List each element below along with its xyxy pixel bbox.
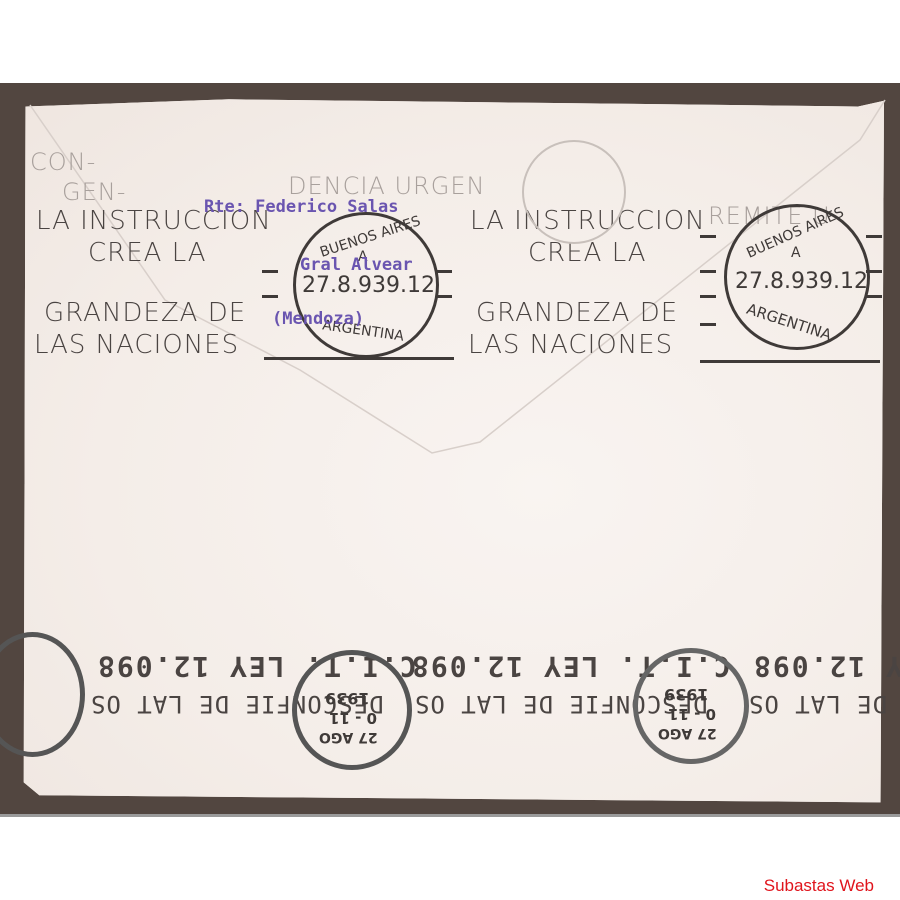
slogan-faint-mid: DENCIA URGEN [288, 174, 485, 198]
cancel-bar [700, 270, 716, 273]
postmark-date: 27.8.939.12 [735, 269, 868, 294]
postmark-letter: A [791, 245, 801, 261]
postmark-date: 27 AGO [658, 725, 717, 741]
cancel-rule [700, 360, 880, 363]
slogan-right-line4: LAS NACIONES [468, 332, 673, 358]
cancel-bar [866, 295, 882, 298]
slogan-left-line4: LAS NACIONES [34, 332, 239, 358]
slogan-left-line2: CREA LA [88, 240, 207, 266]
cancel-bar [700, 295, 716, 298]
postmark-year: 1939 [325, 689, 370, 708]
slogan-faint-left-1: CON- [30, 150, 96, 174]
bottom-postmark-right: 1939 0 - 11 27 AGO [633, 648, 749, 764]
cancel-bar [262, 270, 278, 273]
slogan-right-line3: GRANDEZA DE [476, 300, 678, 326]
bottom-postmark-middle: 1939 0 - 11 27 AGO [292, 650, 412, 770]
postmark-faint [522, 140, 626, 244]
cancel-bar [436, 295, 452, 298]
bottom-slogan-line2-partial: DESCONFIE DE LAT OS [748, 690, 900, 718]
postmark-date: 27.8.939.12 [302, 273, 435, 298]
bottom-slogan-line1-partial: C.I.T. LEY 12.098 [752, 650, 900, 683]
sender-province: (Mendoza) [272, 309, 364, 329]
postmark-top-right: BUENOS AIRES A 27.8.939.12 ARGENTINA [724, 204, 870, 350]
postmark-top-left: BUENOS AIRES A 27.8.939.12 ARGENTINA [293, 212, 439, 358]
cancel-bar [866, 235, 882, 238]
cancel-bar [700, 235, 716, 238]
watermark-subastas-web: Subastas Web [764, 876, 874, 896]
sender-city: Gral Alvear [300, 255, 413, 275]
slogan-faint-left-2: GEN- [62, 180, 126, 204]
cancel-bar [262, 295, 278, 298]
cancel-bar [436, 270, 452, 273]
sender-name: Rte: Federico Salas [204, 197, 398, 217]
slogan-left-line3: GRANDEZA DE [44, 300, 246, 326]
slogan-right-line2: CREA LA [528, 240, 647, 266]
postmark-date: 27 AGO [319, 729, 378, 745]
cancel-bar [700, 323, 716, 326]
postmark-time: 0 - 11 [668, 705, 716, 723]
postmark-top-arc: BUENOS AIRES [318, 213, 423, 261]
postmark-bottom-arc: ARGENTINA [744, 300, 833, 344]
postmark-year: 1939 [664, 685, 709, 704]
postmark-time: 0 - 11 [329, 709, 377, 727]
